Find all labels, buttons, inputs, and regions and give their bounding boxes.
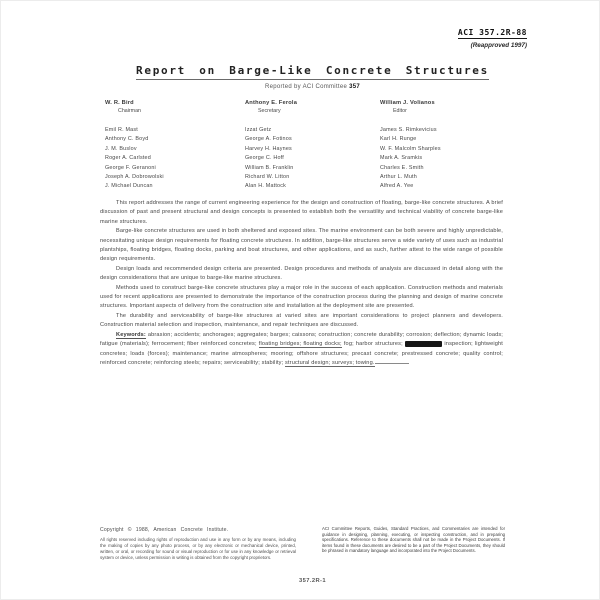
member-name: George C. Hoff bbox=[245, 154, 380, 163]
keywords-label: Keywords: bbox=[116, 332, 146, 339]
reported-by-line: Reported by ACI Committee 357 bbox=[95, 84, 530, 90]
member-name: William B. Franklin bbox=[245, 164, 380, 173]
member-name: Anthony C. Boyd bbox=[105, 135, 245, 144]
chairman-role: Chairman bbox=[118, 108, 245, 114]
abstract-paragraph: Design loads and recommended design crit… bbox=[100, 265, 503, 284]
abstract-paragraph: The durability and serviceability of bar… bbox=[100, 312, 503, 331]
committee-column-secretary: Anthony E. Ferola Secretary Izzat Getz G… bbox=[245, 100, 380, 192]
secretary-name: Anthony E. Ferola bbox=[245, 100, 380, 106]
member-name: Charles E. Smith bbox=[380, 164, 520, 173]
member-name: J. Michael Duncan bbox=[105, 182, 245, 191]
disclaimer-fineprint: ACI Committee Reports, Guides, Standard … bbox=[322, 526, 505, 554]
keywords-underlined: structural design; surveys; towing. bbox=[285, 360, 375, 367]
document-number: ACI 357.2R-88 bbox=[458, 28, 527, 39]
trailing-underline bbox=[375, 359, 409, 364]
abstract-paragraph: Barge-like concrete structures are used … bbox=[100, 227, 503, 265]
committee-column-chairman: W. R. Bird Chairman Emil R. Mast Anthony… bbox=[105, 100, 245, 192]
keywords-text: fog; harbor structures; bbox=[342, 341, 405, 347]
member-list: James S. Rimkevicius Karl H. Runge W. F.… bbox=[380, 126, 520, 192]
keywords-block: Keywords: abrasion; accidents; anchorage… bbox=[100, 331, 503, 369]
member-name: James S. Rimkevicius bbox=[380, 126, 520, 135]
inked-out-keyword: hydrostatics; bbox=[405, 341, 442, 347]
member-name: George F. Geranoni bbox=[105, 164, 245, 173]
chairman-name: W. R. Bird bbox=[105, 100, 245, 106]
member-name: Richard W. Litton bbox=[245, 173, 380, 182]
member-name: Emil R. Mast bbox=[105, 126, 245, 135]
abstract-paragraph: Methods used to construct barge-like con… bbox=[100, 284, 503, 312]
rights-fineprint: All rights reserved including rights of … bbox=[100, 537, 296, 561]
document-page: ACI 357.2R-88 (Reapproved 1997) Report o… bbox=[0, 0, 600, 600]
member-name: George A. Fotinos bbox=[245, 135, 380, 144]
member-list: Emil R. Mast Anthony C. Boyd J. M. Buslo… bbox=[105, 126, 245, 192]
member-name: J. M. Buslov bbox=[105, 145, 245, 154]
reapproved-label: (Reapproved 1997) bbox=[458, 42, 527, 49]
document-header: ACI 357.2R-88 (Reapproved 1997) bbox=[458, 22, 527, 49]
page-number: 357.2R-1 bbox=[95, 578, 530, 584]
member-list: Izzat Getz George A. Fotinos Harvey H. H… bbox=[245, 126, 380, 192]
member-name: Joseph A. Dobrowolski bbox=[105, 173, 245, 182]
member-name: Alan H. Mattock bbox=[245, 182, 380, 191]
member-name: Alfred A. Yee bbox=[380, 182, 520, 191]
editor-name: William J. Volianos bbox=[380, 100, 520, 106]
reported-by-text: Reported by ACI Committee bbox=[265, 84, 349, 90]
copyright-line: Copyright © 1988, American Concrete Inst… bbox=[100, 527, 228, 533]
secretary-role: Secretary bbox=[258, 108, 380, 114]
member-name: W. F. Malcolm Sharples bbox=[380, 145, 520, 154]
keywords-underlined: floating bridges; floating docks; bbox=[259, 341, 342, 348]
title-block: Report on Barge-Like Concrete Structures bbox=[95, 61, 530, 80]
page-title: Report on Barge-Like Concrete Structures bbox=[136, 64, 489, 80]
member-name: Izzat Getz bbox=[245, 126, 380, 135]
member-name: Roger A. Carlsted bbox=[105, 154, 245, 163]
committee-roster: W. R. Bird Chairman Emil R. Mast Anthony… bbox=[105, 100, 525, 192]
member-name: Karl H. Runge bbox=[380, 135, 520, 144]
member-name: Mark A. Sramkis bbox=[380, 154, 520, 163]
abstract-text: This report addresses the range of curre… bbox=[100, 199, 503, 368]
member-name: Arthur L. Muth bbox=[380, 173, 520, 182]
abstract-paragraph: This report addresses the range of curre… bbox=[100, 199, 503, 227]
committee-number: 357 bbox=[349, 84, 360, 90]
member-name: Harvey H. Haynes bbox=[245, 145, 380, 154]
editor-role: Editor bbox=[393, 108, 520, 114]
committee-column-editor: William J. Volianos Editor James S. Rimk… bbox=[380, 100, 520, 192]
